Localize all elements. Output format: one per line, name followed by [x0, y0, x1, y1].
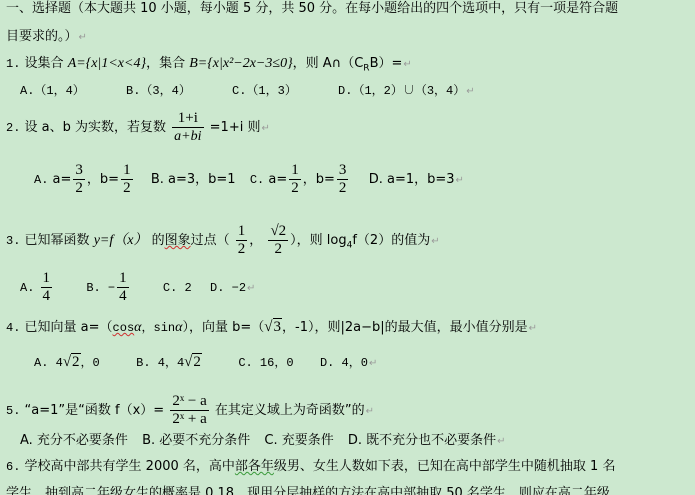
denominator: 4: [41, 288, 53, 305]
numerator: 3: [337, 162, 349, 180]
paragraph-mark-icon: ↵: [529, 323, 537, 334]
fraction: 14: [117, 270, 129, 305]
text: B）=: [370, 56, 403, 71]
text: a=: [268, 172, 287, 187]
question-2-stem: 2. 设 a、b 为实数，若复数 1+ia+bi =1+i 则↵: [6, 110, 270, 145]
section-header-line1: 一、选择题（本大题共 10 小题，每小题 5 分，共 50 分。在每小题给出的四…: [6, 0, 618, 18]
option-d: D.（1，2）∪（3，4）: [338, 84, 465, 98]
alpha-symbol: α: [134, 320, 141, 335]
fraction: 2ˣ − a2ˣ + a: [170, 393, 208, 428]
fraction: 12: [236, 223, 248, 258]
numerator: 1: [117, 270, 129, 288]
set-a: A={x|1<x<4}: [68, 56, 146, 71]
numerator: √2: [268, 223, 288, 241]
question-number: 1.: [6, 57, 20, 71]
text: ，: [249, 233, 262, 248]
fraction: 32: [73, 162, 85, 197]
option-d: D. a=1，b=3: [369, 172, 455, 187]
question-3-stem: 3. 已知幂函数 y=f（x） 的图象过点（ 12， √22），则 log4f（…: [6, 223, 440, 258]
fraction: √22: [268, 223, 288, 258]
question-5-options: A. 充分不必要条件 B. 必要不充分条件 C. 充要条件 D. 既不充分也不必…: [20, 432, 506, 451]
numerator: 3: [73, 162, 85, 180]
question-number: 2.: [6, 121, 20, 135]
text: a=: [53, 172, 72, 187]
question-6-stem: 6. 学校高中部共有学生 2000 名，高中部各年级男、女生人数如下表，已知在高…: [6, 458, 615, 476]
option-b-label: B. −: [86, 281, 115, 295]
grammar-underlined-text: 部各年: [235, 459, 274, 474]
option-d: D. −2: [210, 281, 246, 295]
denominator: 2: [289, 180, 301, 197]
text: 已知向量 a=（: [25, 320, 113, 335]
sqrt-expr: √3: [264, 318, 282, 335]
question-number: 3.: [6, 234, 20, 248]
denominator: a+bi: [172, 128, 203, 145]
sqrt-expr: √2: [184, 353, 202, 370]
option-a-label: A.: [20, 281, 34, 295]
option-b: B. 4，4: [136, 356, 184, 370]
numerator: 2ˣ − a: [170, 393, 208, 411]
text: ，b=: [303, 172, 335, 187]
question-4-options: A. 4√2，0 B. 4，4√2 C. 16，0 D. 4，0↵: [34, 353, 377, 374]
question-3-options: A. 14 B. −14 C. 2 D. −2↵: [20, 270, 255, 305]
option-c: C. 充要条件: [264, 433, 333, 448]
text: ，集合: [146, 56, 189, 71]
text: ），向量 b=（: [182, 320, 264, 335]
option-b: B.（3，4）: [126, 84, 191, 98]
option-c: C. 2: [163, 281, 192, 295]
question-number: 5.: [6, 404, 20, 418]
denominator: 2: [73, 180, 85, 197]
question-4-stem: 4. 已知向量 a=（cosα，sinα），向量 b=（√3，-1），则|2a−…: [6, 318, 537, 338]
option-d: D. 4，0: [320, 356, 368, 370]
text: ，则 A∩（C: [293, 56, 364, 71]
option-a: A.（1，4）: [20, 84, 85, 98]
question-5-stem: 5. “a=1”是“函数 f（x）= 2ˣ − a2ˣ + a 在其定义域上为奇…: [6, 393, 374, 428]
question-number: 6.: [6, 460, 20, 474]
numerator: 1: [236, 223, 248, 241]
text: ），则 log: [290, 233, 346, 248]
question-6-stem-line2: 学生，抽到高二年级女生的概率是 0.18，现用分层抽样的方法在高中部抽取 50 …: [6, 485, 610, 495]
numerator: 1+i: [172, 110, 203, 128]
section-header-line2: 目要求的。）↵: [6, 28, 87, 47]
paragraph-mark-icon: ↵: [366, 406, 374, 417]
question-1-stem: 1. 设集合 A={x|1<x<4}，集合 B={x|x²−2x−3≤0}，则 …: [6, 55, 412, 78]
text: ，sin: [142, 321, 176, 335]
paragraph-mark-icon: ↵: [497, 436, 505, 447]
text: 在其定义域上为奇函数”的: [215, 403, 365, 418]
text: f（2）的值为: [352, 233, 430, 248]
text: ，0: [81, 356, 100, 370]
text: “a=1”是“函数 f（x）=: [25, 403, 165, 418]
option-a-label: A.: [34, 173, 48, 187]
fraction: 12: [121, 162, 133, 197]
spellcheck-underlined-text: 图象: [165, 233, 191, 248]
paragraph-mark-icon: ↵: [247, 283, 255, 294]
denominator: 4: [117, 288, 129, 305]
option-c: C. 16，0: [238, 356, 293, 370]
section-header-text-2: 目要求的。）: [6, 29, 78, 44]
paragraph-mark-icon: ↵: [431, 236, 439, 247]
spellcheck-underlined-text: cos: [113, 321, 135, 335]
fraction: 14: [41, 270, 53, 305]
option-a: A. 4: [34, 356, 63, 370]
paragraph-mark-icon: ↵: [456, 175, 464, 186]
fraction: 32: [337, 162, 349, 197]
option-b: B. 必要不充分条件: [142, 433, 250, 448]
option-b: B. a=3，b=1: [151, 172, 236, 187]
question-2-options: A. a=32，b=12 B. a=3，b=1 C. a=12，b=32 D. …: [34, 162, 464, 197]
radicand: 2: [192, 353, 202, 370]
numerator: 1: [121, 162, 133, 180]
fraction: 12: [289, 162, 301, 197]
text: 学生，抽到高二年级女生的概率是 0.18，现用分层抽样的方法在高中部抽取 50 …: [6, 486, 610, 495]
question-number: 4.: [6, 321, 20, 335]
option-c-label: C.: [250, 173, 264, 187]
option-a: A. 充分不必要条件: [20, 433, 128, 448]
sqrt-expr: √2: [63, 353, 81, 370]
text: 设 a、b 为实数，若复数: [25, 120, 166, 135]
denominator: 2ˣ + a: [170, 411, 208, 428]
set-b: B={x|x²−2x−3≤0}: [189, 56, 292, 71]
text: =1+i 则: [210, 120, 261, 135]
denominator: 2: [268, 241, 288, 258]
radicand: 2: [71, 353, 81, 370]
numerator: 1: [289, 162, 301, 180]
paragraph-mark-icon: ↵: [369, 359, 377, 370]
text: 过点（: [191, 233, 230, 248]
denominator: 2: [236, 241, 248, 258]
paragraph-mark-icon: ↵: [466, 87, 474, 98]
question-1-options: A.（1，4） B.（3，4） C.（1，3） D.（1，2）∪（3，4）↵: [20, 82, 475, 102]
option-c: C.（1，3）: [232, 84, 297, 98]
text: 学校高中部共有学生 2000 名，高中: [25, 459, 235, 474]
text: ，-1），则|2a−b|的最大值，最小值分别是: [282, 320, 528, 335]
section-header-text: 一、选择题（本大题共 10 小题，每小题 5 分，共 50 分。在每小题给出的四…: [6, 1, 618, 16]
text: 的: [152, 233, 165, 248]
text: 设集合: [25, 56, 68, 71]
function-expr: y=f（x）: [94, 233, 148, 248]
text: 已知幂函数: [25, 233, 94, 248]
denominator: 2: [121, 180, 133, 197]
paragraph-mark-icon: ↵: [261, 123, 269, 134]
fraction: 1+ia+bi: [172, 110, 203, 145]
text: 级男、女生人数如下表，已知在高中部学生中随机抽取 1 名: [274, 459, 616, 474]
paragraph-mark-icon: ↵: [403, 59, 411, 70]
paragraph-mark-icon: ↵: [79, 32, 87, 43]
denominator: 2: [337, 180, 349, 197]
option-d: D. 既不充分也不必要条件: [348, 433, 496, 448]
text: ，b=: [87, 172, 119, 187]
numerator: 1: [41, 270, 53, 288]
radicand: 3: [273, 318, 283, 335]
